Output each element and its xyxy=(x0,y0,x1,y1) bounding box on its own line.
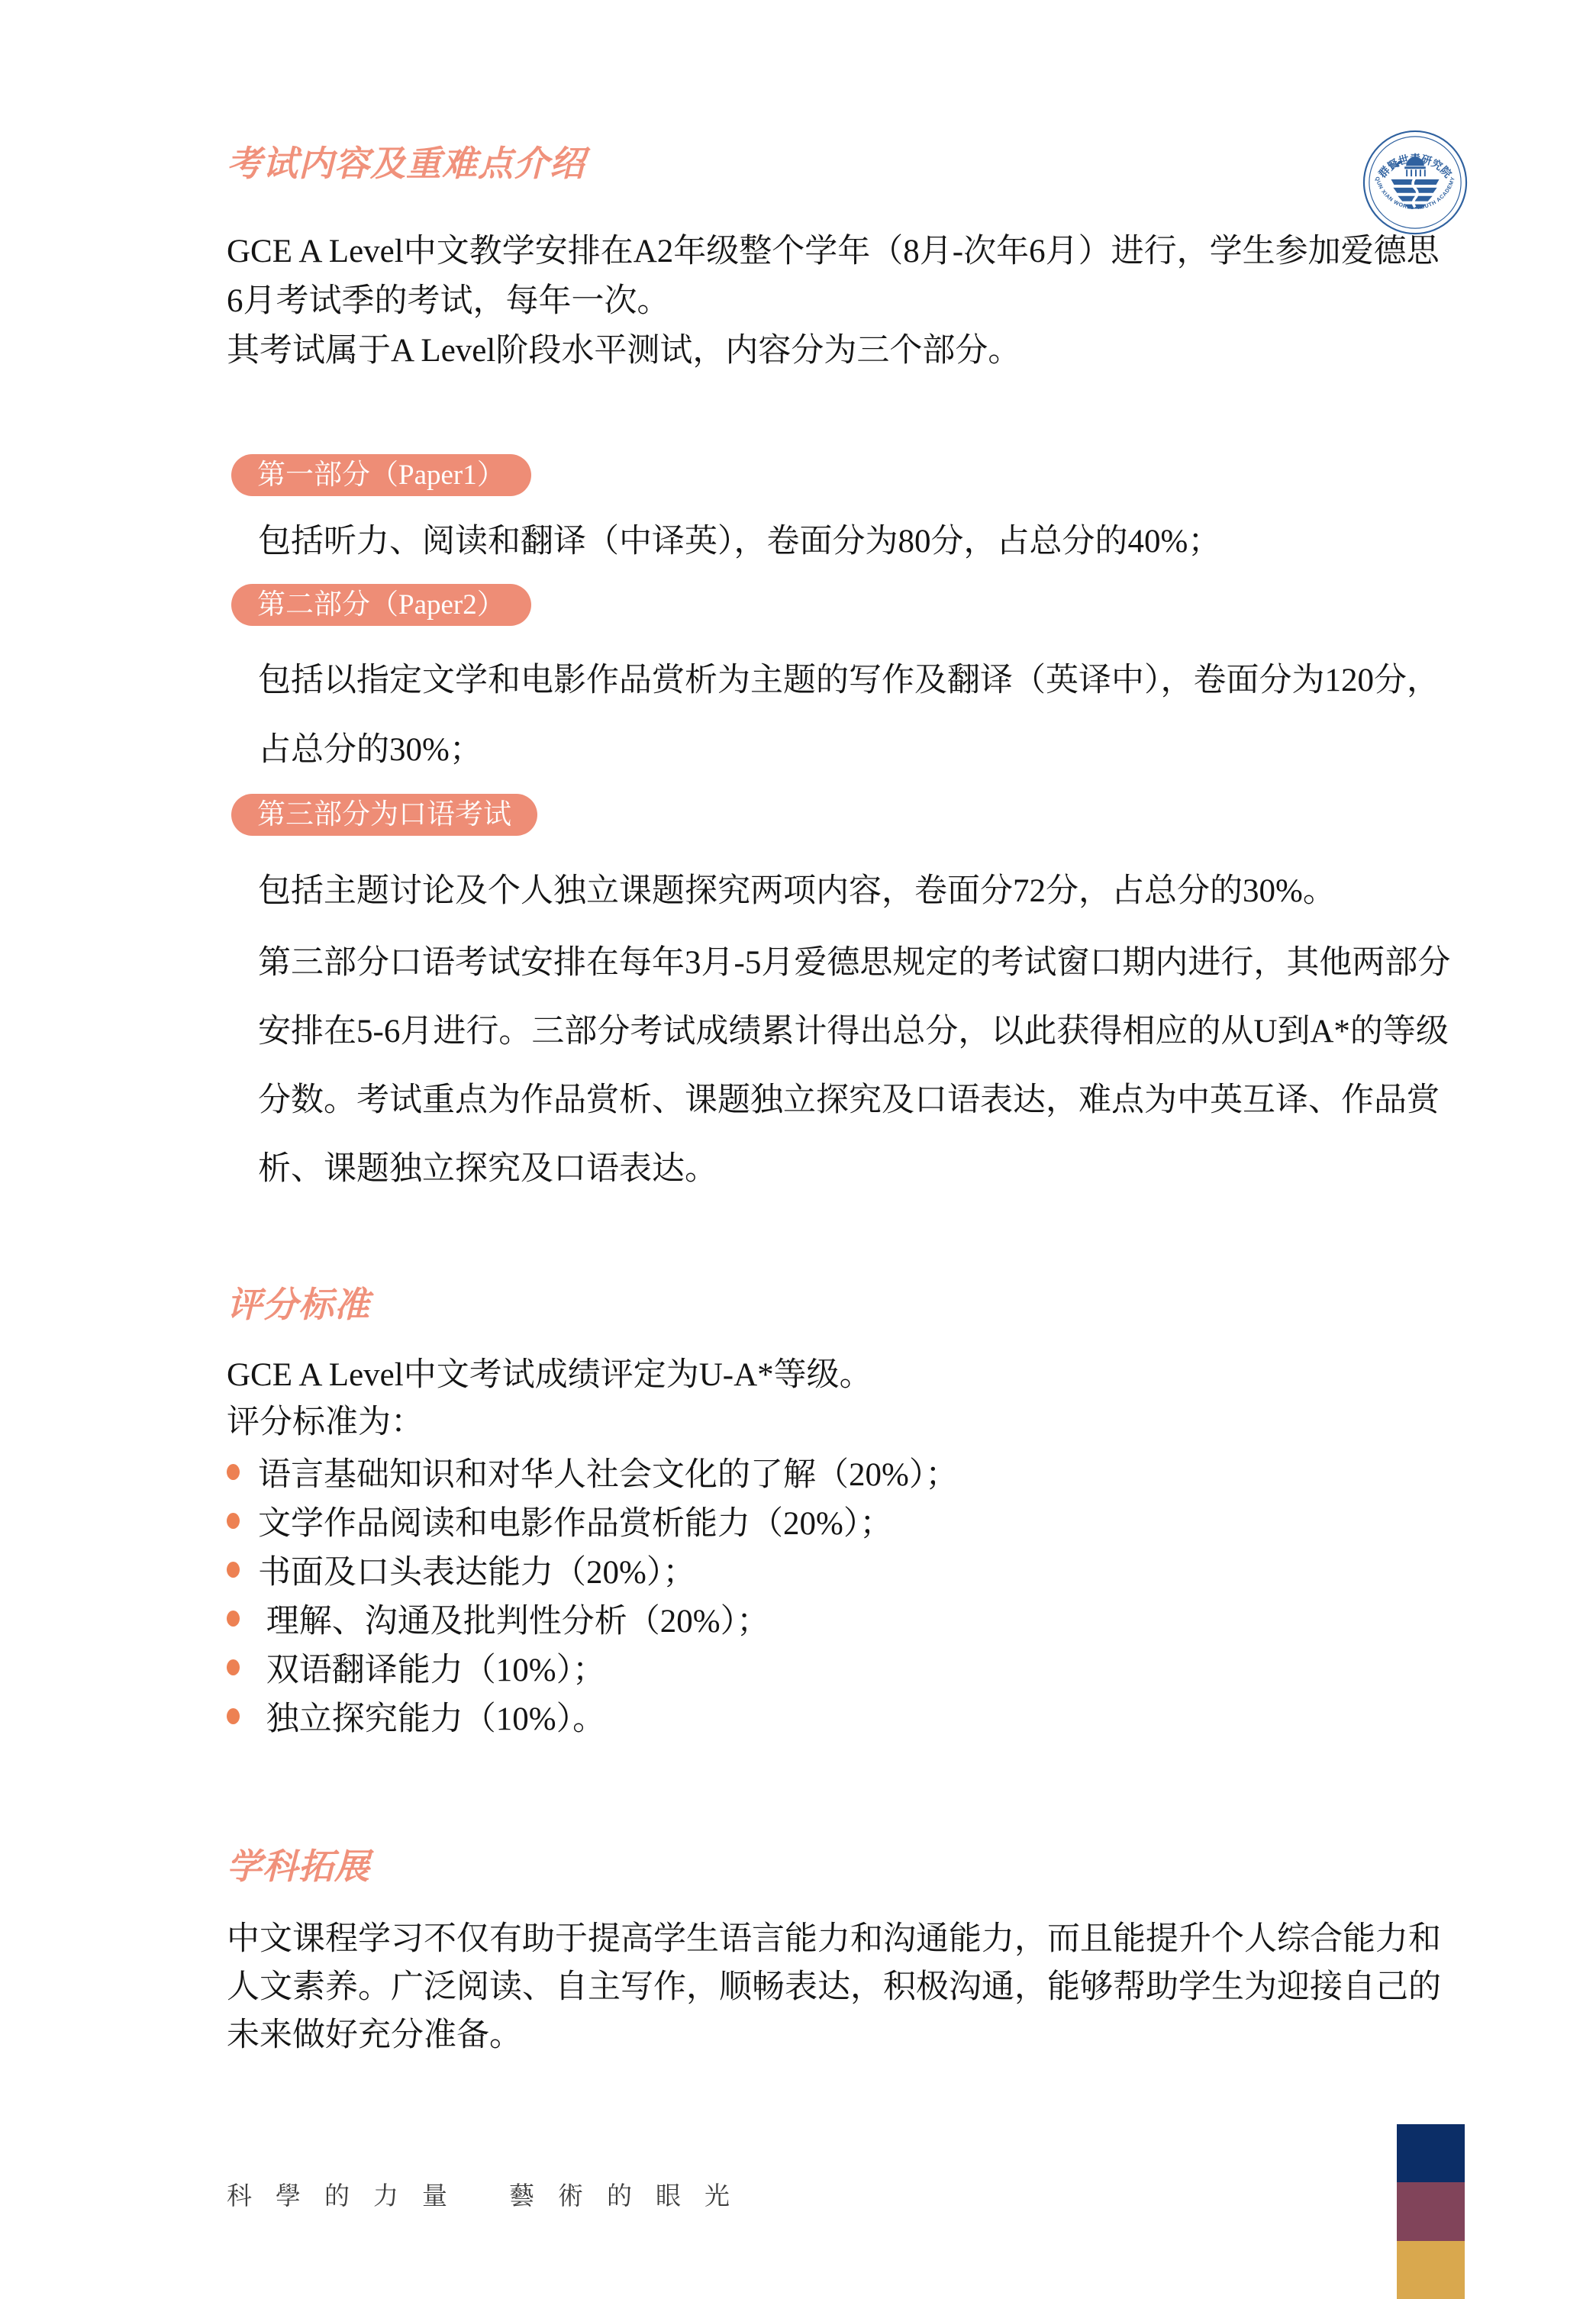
list-item: 语言基础知识和对华人社会文化的了解（20%）； xyxy=(227,1447,958,1496)
exam-detail-line: 第三部分口语考试安排在每年3月-5月爱德思规定的考试窗口期内进行，其他两部分 xyxy=(258,929,1450,998)
paper1-badge: 第一部分（Paper1） xyxy=(231,454,531,496)
bullet-dot-icon xyxy=(227,1464,240,1480)
document-page: 群賢世青研究院 QUN XIAN WORLD YOUTH ACADEMY xyxy=(0,0,1596,2299)
academy-seal-logo: 群賢世青研究院 QUN XIAN WORLD YOUTH ACADEMY xyxy=(1362,130,1468,235)
grading-intro-line: GCE A Level中文考试成绩评定为U-A*等级。 xyxy=(227,1352,872,1399)
bullet-text: 双语翻译能力（10%）； xyxy=(258,1644,605,1691)
grading-intro-paragraph: GCE A Level中文考试成绩评定为U-A*等级。 评分标准为： xyxy=(227,1352,872,1446)
oral-exam-description: 包括主题讨论及个人独立课题探究两项内容，卷面分72分，占总分的30%。 xyxy=(258,866,1336,917)
expansion-section-heading: 学科拓展 xyxy=(227,1846,370,1888)
grading-bullet-list: 语言基础知识和对华人社会文化的了解（20%）； 文学作品阅读和电影作品赏析能力（… xyxy=(227,1447,958,1740)
list-item: 书面及口头表达能力（20%）； xyxy=(227,1545,958,1594)
paper1-description: 包括听力、阅读和翻译（中译英），卷面分为80分，占总分的40%； xyxy=(258,517,1220,567)
exam-intro-paragraph: GCE A Level中文教学安排在A2年级整个学年（8月-次年6月）进行，学生… xyxy=(227,227,1440,376)
list-item: 双语翻译能力（10%）； xyxy=(227,1643,958,1691)
paper2-description: 包括以指定文学和电影作品赏析为主题的写作及翻译（英译中），卷面分为120分， 占… xyxy=(258,646,1440,785)
bullet-text: 书面及口头表达能力（20%）； xyxy=(258,1546,695,1593)
bullet-dot-icon xyxy=(227,1708,240,1724)
bullet-dot-icon xyxy=(227,1513,240,1529)
list-item: 独立探究能力（10%）。 xyxy=(227,1691,958,1740)
list-item: 理解、沟通及批判性分析（20%）； xyxy=(227,1594,958,1643)
exam-detail-line: 析、课题独立探究及口语表达。 xyxy=(258,1135,1450,1204)
oral-exam-line: 包括主题讨论及个人独立课题探究两项内容，卷面分72分，占总分的30%。 xyxy=(258,866,1336,917)
paper2-line: 包括以指定文学和电影作品赏析为主题的写作及翻译（英译中），卷面分为120分， xyxy=(258,646,1440,715)
decor-block-maroon xyxy=(1397,2182,1465,2241)
exam-detail-line: 安排在5-6月进行。三部分考试成绩累计得出总分，以此获得相应的从U到A*的等级 xyxy=(258,998,1450,1066)
bullet-dot-icon xyxy=(227,1611,240,1627)
bullet-dot-icon xyxy=(227,1659,240,1675)
exam-detail-paragraph: 第三部分口语考试安排在每年3月-5月爱德思规定的考试窗口期内进行，其他两部分 安… xyxy=(258,929,1450,1204)
exam-intro-line: GCE A Level中文教学安排在A2年级整个学年（8月-次年6月）进行，学生… xyxy=(227,227,1440,276)
footer-motto: 科學的力量藝術的眼光 xyxy=(227,2180,753,2214)
bullet-text: 文学作品阅读和电影作品赏析能力（20%）； xyxy=(258,1498,892,1544)
grading-section-heading: 评分标准 xyxy=(227,1285,370,1326)
paper1-line: 包括听力、阅读和翻译（中译英），卷面分为80分，占总分的40%； xyxy=(258,517,1220,567)
oral-exam-badge: 第三部分为口语考试 xyxy=(231,794,537,836)
footer-motto-right: 藝術的眼光 xyxy=(509,2183,753,2210)
bullet-text: 语言基础知识和对华人社会文化的了解（20%）； xyxy=(258,1449,958,1495)
expansion-paragraph: 中文课程学习不仅有助于提高学生语言能力和沟通能力，而且能提升个人综合能力和 人文… xyxy=(227,1915,1441,2059)
exam-section-heading: 考试内容及重难点介绍 xyxy=(227,143,585,185)
expansion-line: 人文素养。广泛阅读、自主写作，顺畅表达，积极沟通，能够帮助学生为迎接自己的 xyxy=(227,1963,1441,2011)
exam-detail-line: 分数。考试重点为作品赏析、课题独立探究及口语表达，难点为中英互译、作品赏 xyxy=(258,1066,1450,1135)
exam-intro-line: 其考试属于A Level阶段水平测试，内容分为三个部分。 xyxy=(227,326,1440,376)
bullet-text: 独立探究能力（10%）。 xyxy=(258,1693,605,1740)
footer-motto-left: 科學的力量 xyxy=(227,2183,471,2210)
expansion-line: 未来做好充分准备。 xyxy=(227,2011,1441,2059)
decor-block-navy xyxy=(1397,2124,1465,2182)
academy-seal-icon: 群賢世青研究院 QUN XIAN WORLD YOUTH ACADEMY xyxy=(1362,130,1468,235)
decor-block-gold xyxy=(1397,2241,1465,2299)
exam-intro-line: 6月考试季的考试，每年一次。 xyxy=(227,276,1440,326)
grading-intro-line: 评分标准为： xyxy=(227,1399,872,1446)
bullet-text: 理解、沟通及批判性分析（20%）； xyxy=(258,1595,769,1642)
paper2-line: 占总分的30%； xyxy=(258,715,1440,785)
list-item: 文学作品阅读和电影作品赏析能力（20%）； xyxy=(227,1496,958,1545)
paper2-badge: 第二部分（Paper2） xyxy=(231,584,531,626)
expansion-line: 中文课程学习不仅有助于提高学生语言能力和沟通能力，而且能提升个人综合能力和 xyxy=(227,1915,1441,1963)
bullet-dot-icon xyxy=(227,1562,240,1578)
